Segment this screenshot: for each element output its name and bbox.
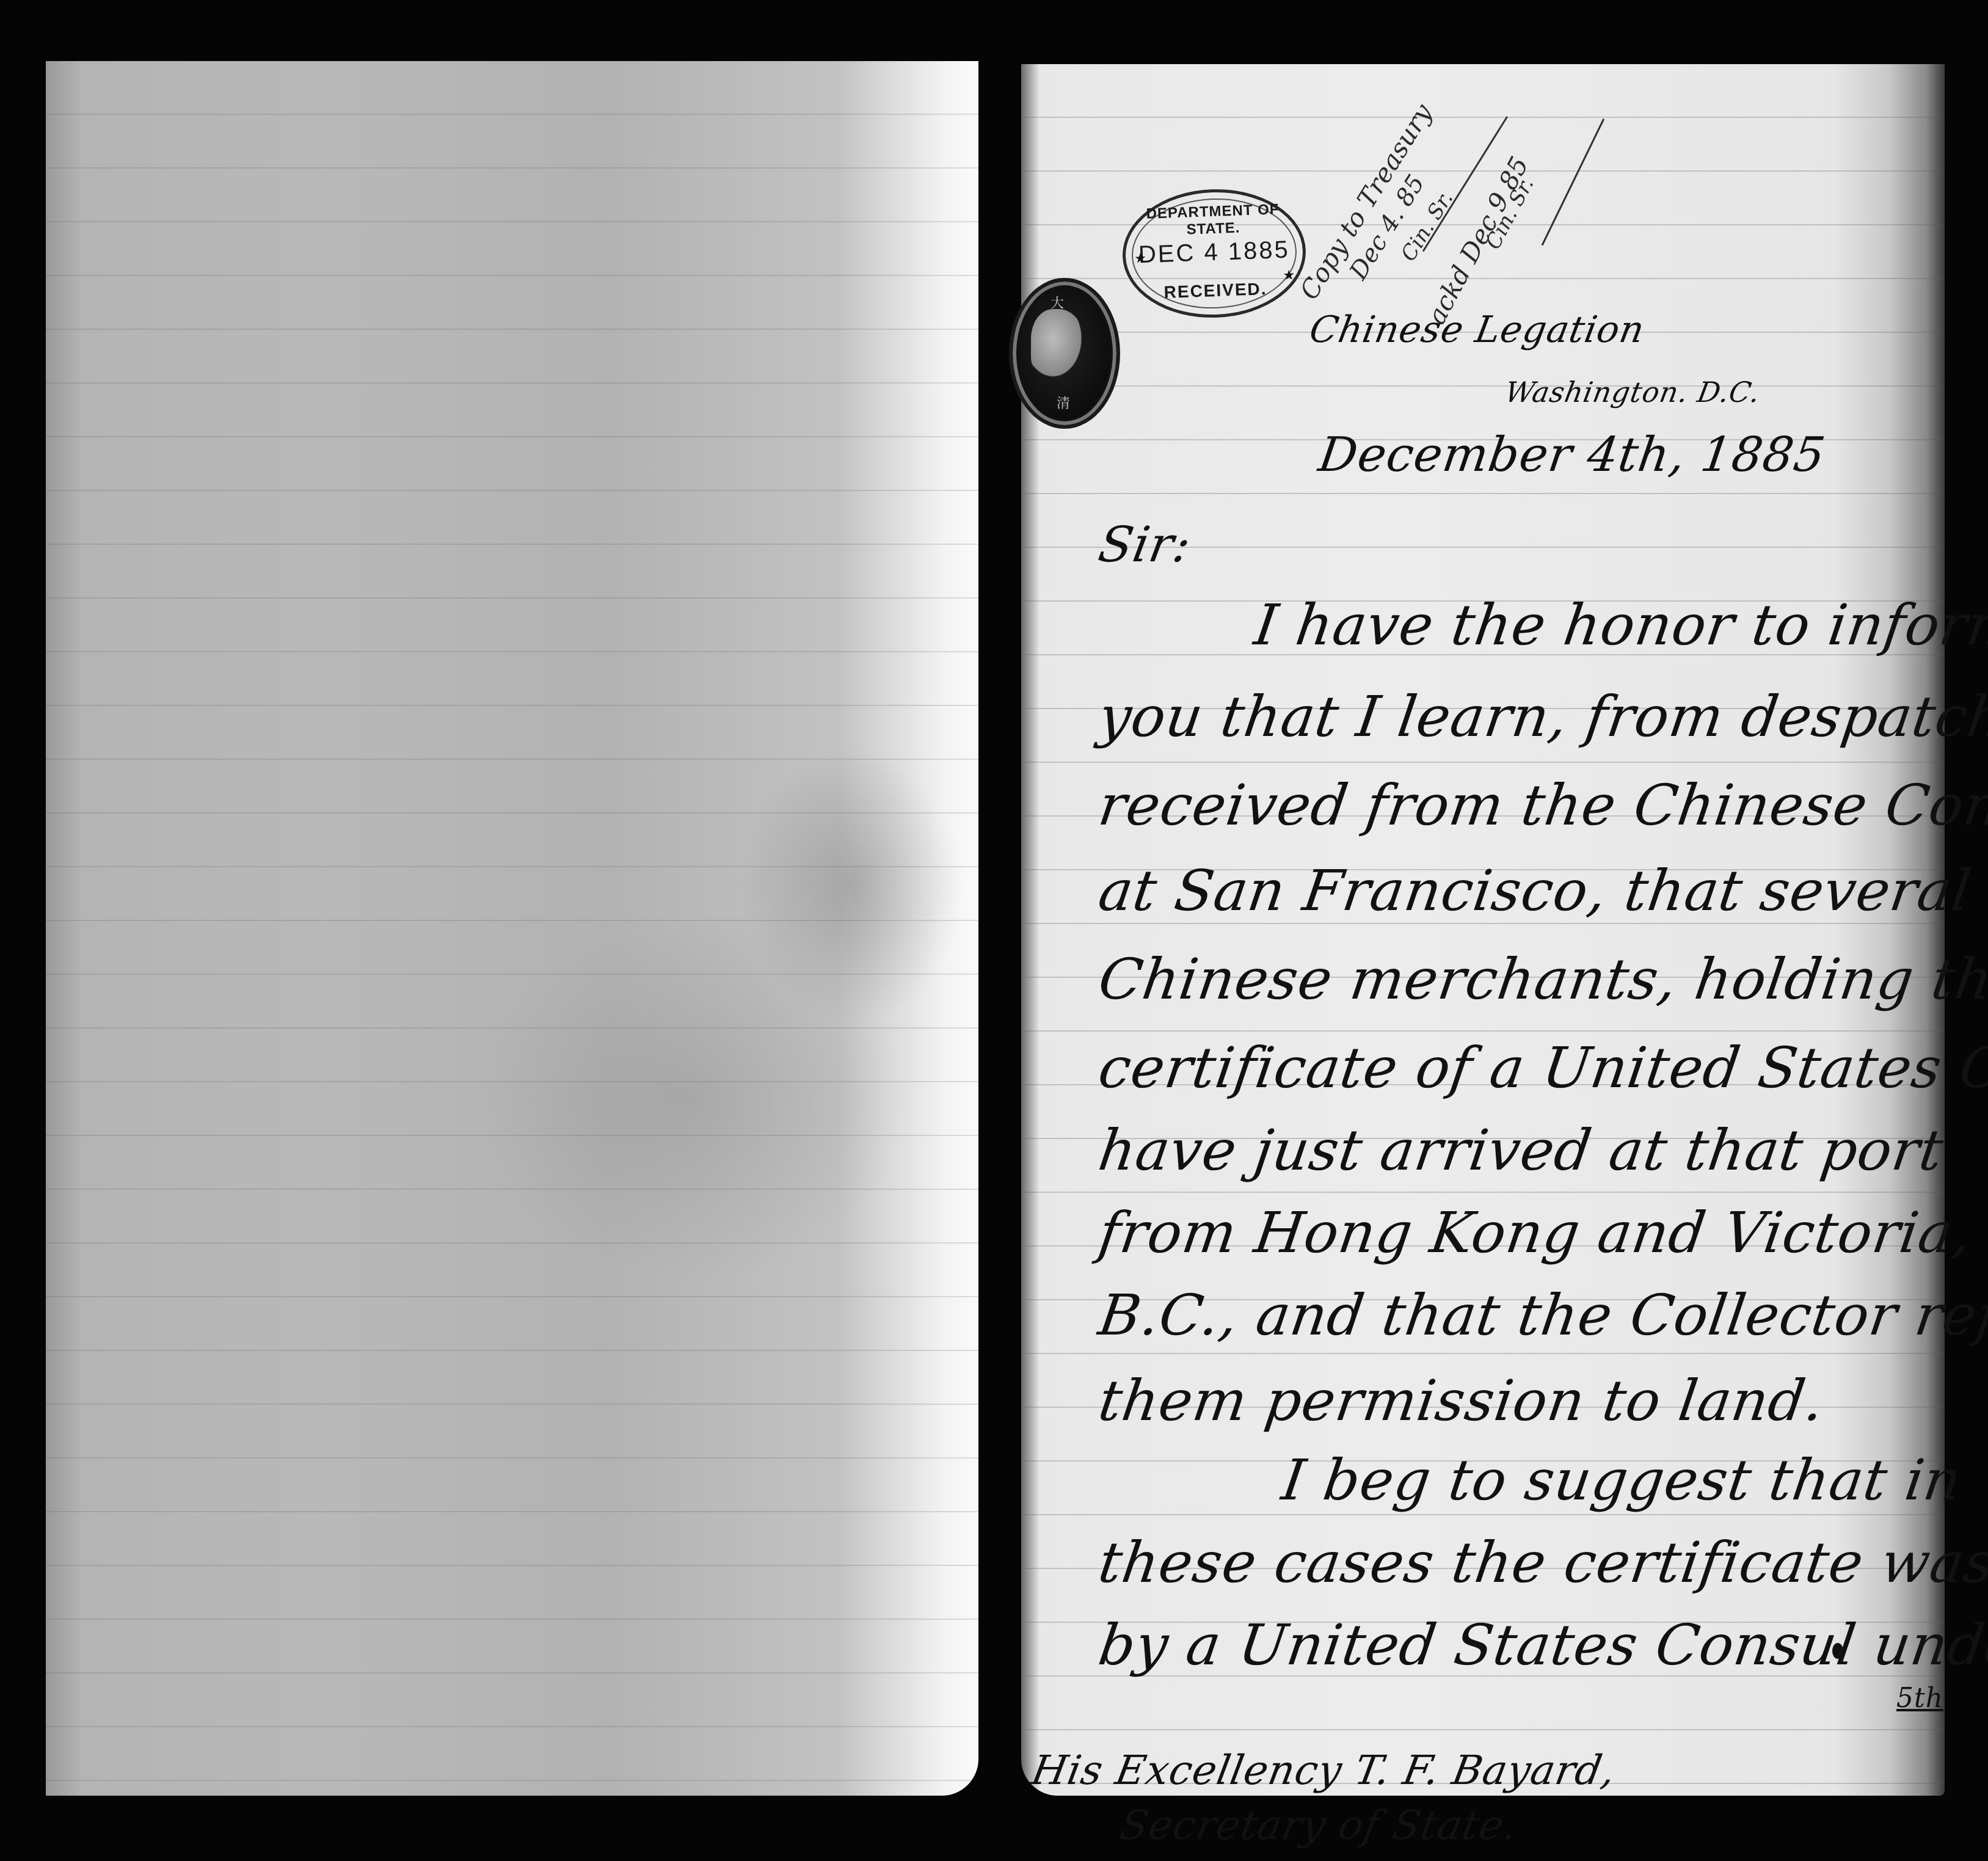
body-line: from Hong Kong and Victoria, xyxy=(1094,1200,1976,1266)
ink-blot xyxy=(1832,1643,1843,1659)
seal-character-bottom: 清 xyxy=(1057,393,1070,412)
body-line: received from the Chinese Consulate xyxy=(1094,773,1988,838)
body-line: them permission to land. xyxy=(1094,1368,1828,1433)
body-line: Chinese merchants, holding the xyxy=(1094,947,1988,1012)
letterhead-legation: Chinese Legation xyxy=(1306,308,1648,351)
letterhead-city: Washington. D.C. xyxy=(1502,376,1763,409)
catchword: 5th xyxy=(1896,1683,1943,1714)
body-line: certificate of a United States Consul xyxy=(1094,1035,1988,1101)
letter-date: December 4th, 1885 xyxy=(1316,428,1829,483)
body-line: at San Francisco, that several xyxy=(1094,858,1975,923)
body-line: I have the honor to inform xyxy=(1250,592,1988,658)
star-icon: ★ xyxy=(1283,268,1295,283)
addressee-title: Secretary of State. xyxy=(1116,1802,1521,1849)
stamp-department: DEPARTMENT OF STATE. xyxy=(1124,200,1302,241)
addressee-name: His Excellency T. F. Bayard, xyxy=(1028,1747,1620,1794)
star-icon: ★ xyxy=(1134,251,1147,267)
body-line: these cases the certificate was issued xyxy=(1094,1530,1988,1595)
body-line: by a United States Consul under the xyxy=(1094,1612,1988,1678)
left-page-blank xyxy=(46,61,978,1796)
body-line: have just arrived at that port xyxy=(1094,1118,1947,1183)
salutation: Sir: xyxy=(1094,516,1196,573)
body-line: I beg to suggest that in xyxy=(1278,1448,1965,1513)
body-line: you that I learn, from despatches xyxy=(1094,684,1988,749)
seal-character-top: 大 xyxy=(1050,293,1064,311)
legation-seal: 大 清 xyxy=(1009,278,1120,429)
ruled-lines xyxy=(46,61,978,1796)
dragon-icon xyxy=(1031,309,1086,382)
body-line: B.C., and that the Collector refused xyxy=(1094,1283,1988,1348)
